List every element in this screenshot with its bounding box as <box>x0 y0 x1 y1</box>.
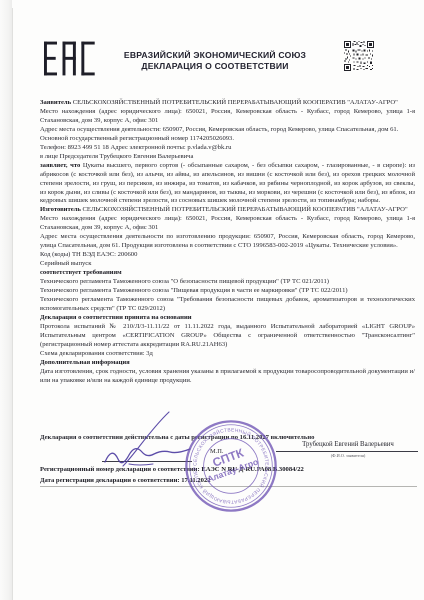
qr-code-icon <box>344 41 374 71</box>
eac-mark-icon <box>44 41 96 76</box>
paragraph-text: Адрес места осуществления деятельности: … <box>40 126 398 133</box>
document-paragraph: Дополнительная информация <box>40 359 415 368</box>
document-paragraph: в лице Председателя Трубецкого Евгения В… <box>40 153 415 162</box>
paragraph-text: Место нахождения (адрес юридического лиц… <box>40 108 415 124</box>
document-paragraph: Изготовитель СЕЛЬСКОХОЗЯЙСТВЕННЫЙ ПОТРЕБ… <box>40 206 415 215</box>
document-title: ЕВРАЗИЙСКИЙ ЭКОНОМИЧЕСКИЙ СОЮЗ ДЕКЛАРАЦИ… <box>108 50 322 72</box>
document-paragraph: Основной государственный регистрационный… <box>40 135 415 144</box>
scan-left-edge-line <box>12 8 13 600</box>
paragraph-bold-lead: заявляет, что <box>40 162 80 169</box>
signer-caption: (Ф.И.О. заявителя) <box>278 453 418 458</box>
document-paragraph: Адрес места осуществления деятельности п… <box>40 233 415 251</box>
paragraph-bold-lead: Дополнительная информация <box>40 359 130 366</box>
scan-left-gutter <box>0 0 12 600</box>
document-paragraph: Заявитель СЕЛЬСКОХОЗЯЙСТВЕННЫЙ ПОТРЕБИТЕ… <box>40 99 415 108</box>
document-paragraph: Схема декларирования соответствия: 3д <box>40 350 415 359</box>
paragraph-text: Адрес места осуществления деятельности п… <box>40 233 415 249</box>
document-paragraph: Декларация о соответствии принята на осн… <box>40 314 415 323</box>
document-paragraph: Серийный выпуск <box>40 260 415 269</box>
round-stamp: СЕЛЬСКОХОЗЯЙСТВЕННЫЙ ПОТРЕБИТЕЛЬСКИЙ ПЕР… <box>183 418 279 514</box>
paragraph-text: Серийный выпуск <box>40 260 91 267</box>
document-paragraph: Протокола испытаний № 210/Л/3-11.11/22 о… <box>40 323 415 350</box>
paragraph-bold-lead: Заявитель <box>40 99 71 106</box>
paragraph-text: Телефон: 8923 499 51 18 Адрес электронно… <box>40 144 231 151</box>
paragraph-text: Дата изготовления, срок годности, услови… <box>40 368 415 384</box>
paragraph-text: Технического регламента Таможенного союз… <box>40 296 415 312</box>
paragraph-bold-lead: Декларация о соответствии принята на осн… <box>40 314 192 321</box>
paragraph-text: Основной государственный регистрационный… <box>40 135 234 142</box>
paragraph-text: Место нахождения (адрес юридического лиц… <box>40 215 415 231</box>
paragraph-text: Технического регламента Таможенного союз… <box>40 287 348 294</box>
document-paragraph: Технического регламента Таможенного союз… <box>40 296 415 314</box>
paragraph-text: Код (коды) ТН ВЭД ЕАЭС: 200600 <box>40 251 137 258</box>
paragraph-bold-lead: соответствует требованиям <box>40 269 122 276</box>
document-paragraph: Код (коды) ТН ВЭД ЕАЭС: 200600 <box>40 251 415 260</box>
document-body: Заявитель СЕЛЬСКОХОЗЯЙСТВЕННЫЙ ПОТРЕБИТЕ… <box>40 99 415 386</box>
document-paragraph: Технического регламента Таможенного союз… <box>40 287 415 296</box>
paragraph-text: СЕЛЬСКОХОЗЯЙСТВЕННЫЙ ПОТРЕБИТЕЛЬСКИЙ ПЕР… <box>71 99 398 106</box>
document-paragraph: Место нахождения (адрес юридического лиц… <box>40 108 415 126</box>
declaration-heading: ДЕКЛАРАЦИЯ О СООТВЕТСТВИИ <box>108 61 322 72</box>
document-paragraph: Технического регламента Таможенного союз… <box>40 278 415 287</box>
document-paragraph: соответствует требованиям <box>40 269 415 278</box>
signature-area: М.П. Трубецкой Евгений Валерьевич (Ф.И.О… <box>40 434 417 494</box>
union-name: ЕВРАЗИЙСКИЙ ЭКОНОМИЧЕСКИЙ СОЮЗ <box>108 50 322 61</box>
signer-name: Трубецкой Евгений Валерьевич <box>278 441 418 448</box>
paragraph-text: в лице Председателя Трубецкого Евгения В… <box>40 153 193 160</box>
paragraph-text: Схема декларирования соответствия: 3д <box>40 350 153 357</box>
document-paragraph: Адрес места осуществления деятельности: … <box>40 126 415 135</box>
paragraph-text: СЕЛЬСКОХОЗЯЙСТВЕННЫЙ ПОТРЕБИТЕЛЬСКИЙ ПЕР… <box>81 206 408 213</box>
document-paragraph: Телефон: 8923 499 51 18 Адрес электронно… <box>40 144 415 153</box>
paragraph-text: Цукаты высшего, первого сортов (- обсыпа… <box>40 162 415 205</box>
paragraph-text: Технического регламента Таможенного союз… <box>40 278 329 285</box>
document-paragraph: Место нахождения (адрес юридического лиц… <box>40 215 415 233</box>
document-paragraph: заявляет, что Цукаты высшего, первого со… <box>40 162 415 207</box>
document-paragraph: Дата изготовления, срок годности, услови… <box>40 368 415 386</box>
paragraph-bold-lead: Изготовитель <box>40 206 81 213</box>
declaration-document: ЕВРАЗИЙСКИЙ ЭКОНОМИЧЕСКИЙ СОЮЗ ДЕКЛАРАЦИ… <box>0 0 424 600</box>
paragraph-text: Протокола испытаний № 210/Л/3-11.11/22 о… <box>40 323 415 348</box>
